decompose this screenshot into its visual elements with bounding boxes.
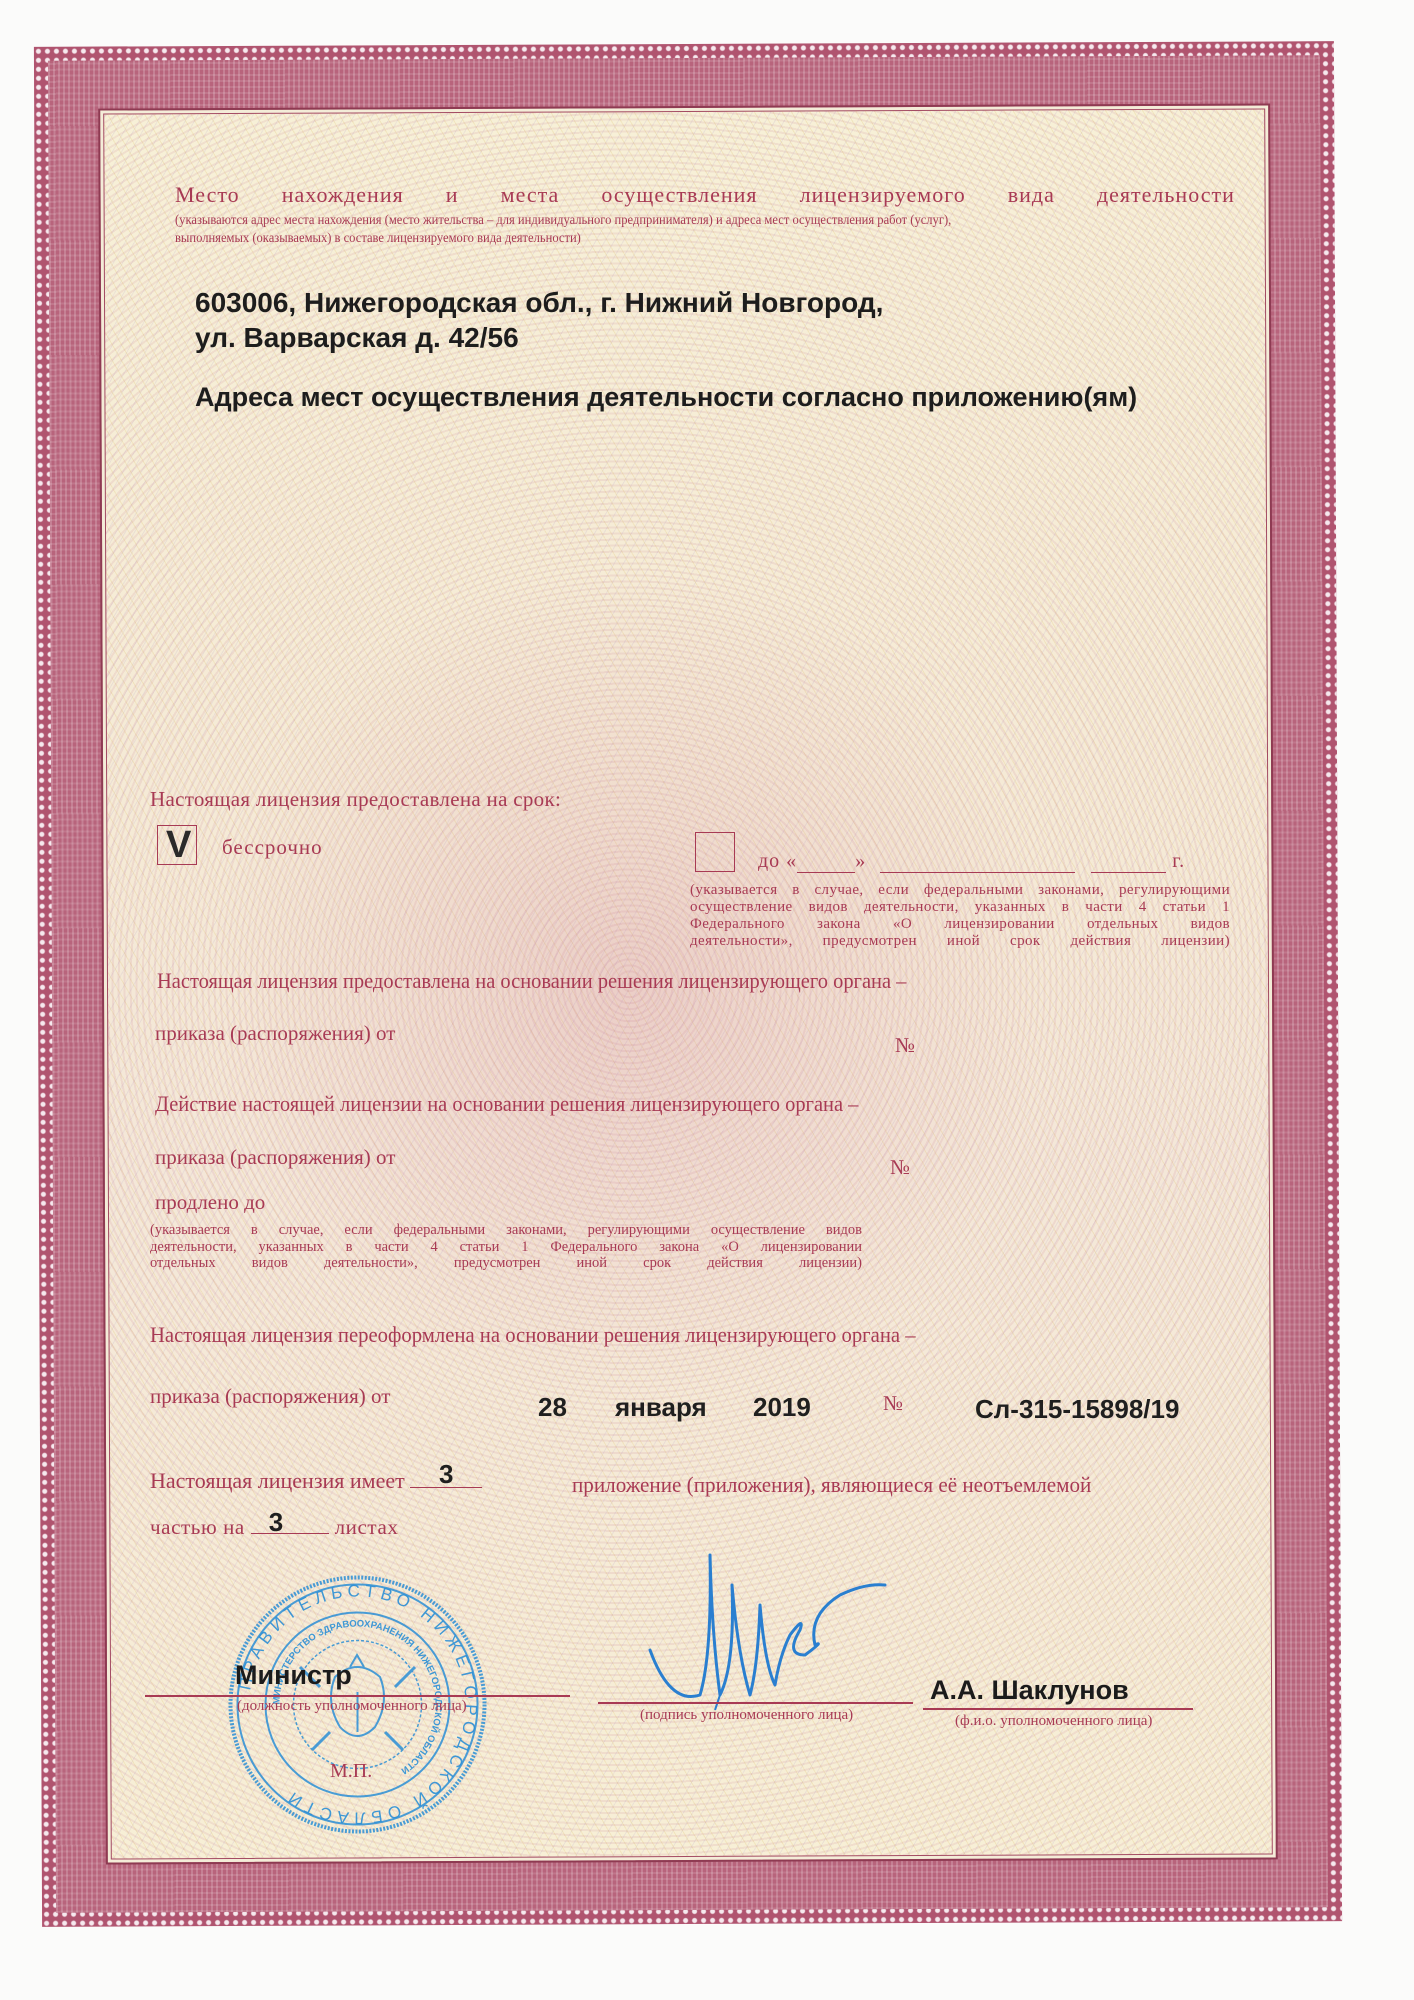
location-note-line1: (указываются адрес места нахождения (мес…	[175, 212, 951, 228]
appendices-count: 3	[410, 1459, 482, 1490]
sheets-count: 3	[269, 1507, 284, 1538]
term-note-line: деятельности», предусмотрен иной срок де…	[690, 933, 1230, 950]
reissue-number-label: №	[883, 1391, 903, 1416]
term-note-line: осуществление видов деятельности, указан…	[690, 899, 1230, 916]
location-heading: Место нахождения и места осуществления л…	[175, 182, 1235, 208]
address-line1: 603006, Нижегородская обл., г. Нижний Но…	[195, 287, 883, 319]
until-suffix: г.	[1172, 850, 1185, 872]
extended-until-label: продлено до	[155, 1190, 265, 1215]
heading-word: вида	[1008, 182, 1055, 208]
position-caption: (должность уполномоченного лица)	[237, 1698, 467, 1715]
perpetual-checkbox[interactable]: V	[157, 825, 197, 865]
signatory-name: А.А. Шаклунов	[930, 1675, 1129, 1706]
address-line2: ул. Варварская д. 42/56	[195, 322, 519, 354]
seal-place-label: М.П.	[330, 1760, 372, 1783]
appendices-prefix: Настоящая лицензия имеет	[150, 1468, 405, 1493]
until-mid: »	[855, 850, 866, 872]
until-month-blank[interactable]	[880, 854, 1075, 873]
term-note-line: (указывается в случае, если федеральными…	[690, 882, 1230, 899]
sheets-prefix: частью на	[150, 1515, 245, 1539]
location-note-line2: выполняемых (оказываемых) в составе лице…	[175, 230, 581, 246]
appendices-suffix: приложение (приложения), являющиеся её н…	[572, 1472, 1091, 1498]
sheets-line: частью на 3 листах	[150, 1513, 398, 1540]
reissue-year: 2019	[753, 1392, 811, 1423]
heading-word: лицензируемого	[800, 182, 966, 208]
grant-number-label: №	[895, 1033, 915, 1058]
name-underline	[923, 1708, 1193, 1710]
until-day-blank[interactable]	[797, 854, 855, 873]
check-mark-icon: V	[166, 824, 191, 867]
grant-basis-title: Настоящая лицензия предоставлена на осно…	[157, 968, 906, 994]
heading-word: осуществления	[601, 182, 757, 208]
reissue-order-label: приказа (распоряжения) от	[150, 1384, 390, 1409]
until-date-checkbox[interactable]	[695, 832, 735, 872]
reissue-title: Настоящая лицензия переоформлена на осно…	[150, 1322, 916, 1348]
extension-order-label: приказа (распоряжения) от	[155, 1145, 395, 1170]
perpetual-label: бессрочно	[222, 835, 323, 860]
heading-word: Место	[175, 182, 240, 208]
reissue-month: января	[615, 1392, 707, 1423]
name-caption: (ф.и.о. уполномоченного лица)	[955, 1713, 1152, 1730]
extension-number-label: №	[890, 1155, 910, 1180]
heading-word: деятельности	[1097, 182, 1235, 208]
term-note-line: Федерального закона «О лицензировании от…	[690, 916, 1230, 933]
signature-underline	[598, 1702, 913, 1704]
extension-note-line: (указывается в случае, если федеральными…	[150, 1222, 862, 1239]
license-form: Место нахождения и места осуществления л…	[0, 0, 1414, 2000]
reissue-order-number: Сл-315-15898/19	[975, 1394, 1179, 1425]
appendices-count-field: 3	[410, 1465, 482, 1488]
position-underline	[145, 1695, 570, 1697]
extension-note: (указывается в случае, если федеральными…	[150, 1222, 862, 1272]
heading-word: нахождения	[282, 182, 404, 208]
heading-word: места	[501, 182, 560, 208]
until-prefix: до «	[758, 850, 797, 872]
term-note: (указывается в случае, если федеральными…	[690, 882, 1230, 950]
extension-note-line: отдельных видов деятельности», предусмот…	[150, 1255, 862, 1272]
extension-note-line: деятельности, указанных в части 4 статьи…	[150, 1239, 862, 1256]
extension-title: Действие настоящей лицензии на основании…	[155, 1091, 858, 1117]
reissue-day: 28	[538, 1392, 567, 1423]
handwritten-signature	[640, 1545, 900, 1715]
sheets-suffix: листах	[335, 1515, 399, 1539]
appendices-line: Настоящая лицензия имеет 3	[150, 1465, 482, 1494]
sheets-count-field: 3	[251, 1513, 329, 1534]
activity-places: Адреса мест осуществления деятельности с…	[195, 382, 1137, 413]
signatory-position: Министр	[235, 1660, 352, 1691]
heading-word: и	[446, 182, 459, 208]
term-title: Настоящая лицензия предоставлена на срок…	[150, 787, 561, 812]
until-year-blank[interactable]	[1091, 854, 1166, 873]
signature-caption: (подпись уполномоченного лица)	[640, 1707, 853, 1724]
grant-order-label: приказа (распоряжения) от	[155, 1021, 395, 1046]
until-date-field: до «» г.	[758, 850, 1185, 873]
